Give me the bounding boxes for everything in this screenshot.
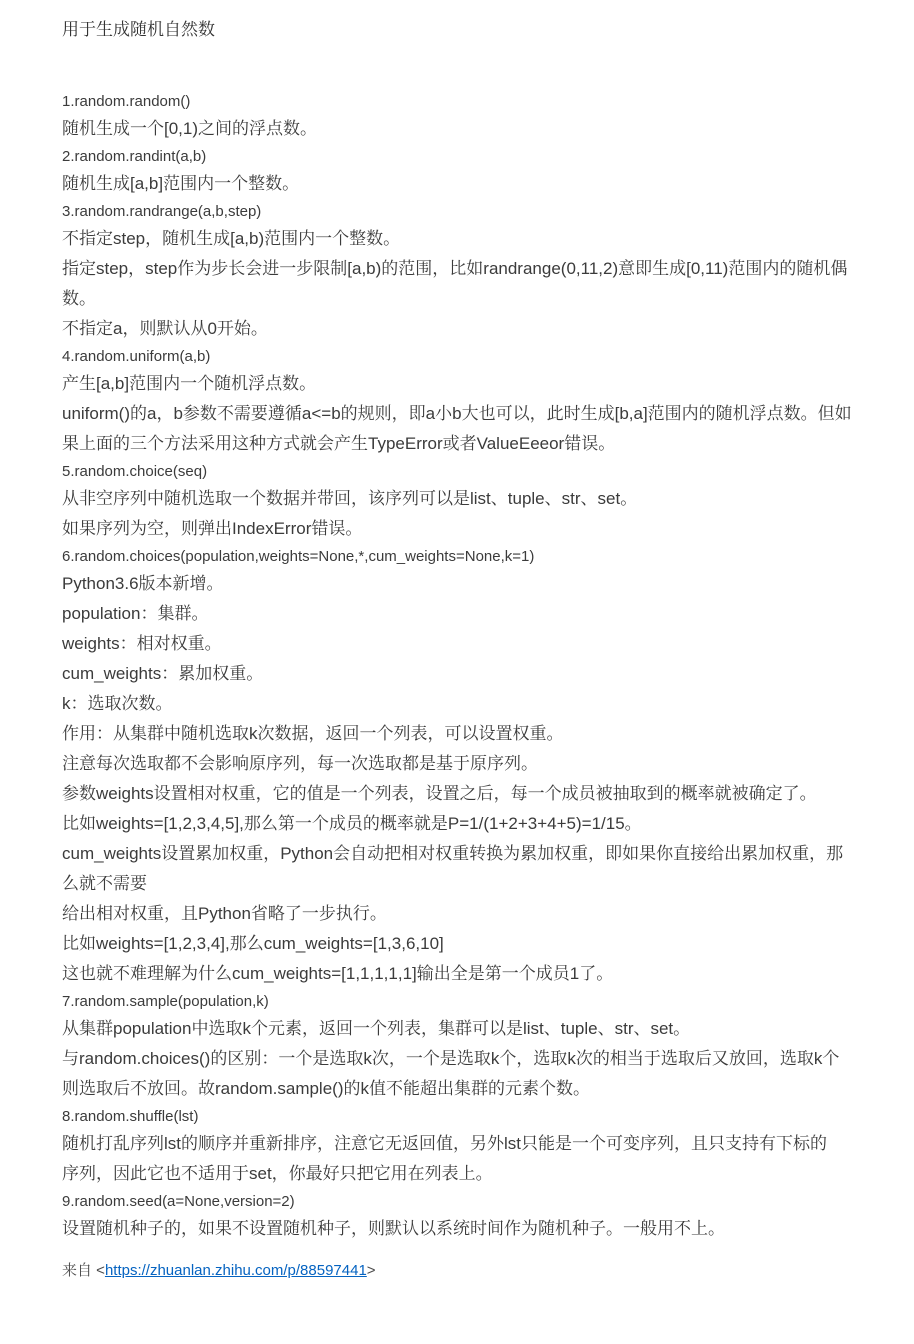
doc-line-code: 6.random.choices(population,weights=None…: [62, 544, 894, 569]
doc-line-text: 不指定a，则默认从0开始。: [62, 314, 894, 344]
source-suffix: >: [367, 1262, 376, 1279]
doc-line-code: 2.random.randint(a,b): [62, 144, 894, 169]
doc-line-text: 比如weights=[1,2,3,4,5],那么第一个成员的概率就是P=1/(1…: [62, 809, 894, 839]
doc-line-code: 1.random.random(): [62, 89, 894, 114]
doc-line-text: weights：相对权重。: [62, 629, 894, 659]
doc-line-text: 序列，因此它也不适用于set，你最好只把它用在列表上。: [62, 1159, 894, 1189]
doc-line-text: 则选取后不放回。故random.sample()的k值不能超出集群的元素个数。: [62, 1074, 894, 1104]
doc-line-text: 与random.choices()的区别：一个是选取k次，一个是选取k个，选取k…: [62, 1044, 894, 1074]
doc-line-text: 随机生成一个[0,1)之间的浮点数。: [62, 114, 894, 144]
doc-line-text: 指定step，step作为步长会进一步限制[a,b)的范围，比如randrang…: [62, 254, 894, 284]
doc-line-text: 从集群population中选取k个元素，返回一个列表，集群可以是list、tu…: [62, 1014, 894, 1044]
doc-line-code: 8.random.shuffle(lst): [62, 1104, 894, 1129]
document-page: 用于生成随机自然数 1.random.random()随机生成一个[0,1)之间…: [0, 0, 914, 1344]
doc-line-text: 注意每次选取都不会影响原序列，每一次选取都是基于原序列。: [62, 749, 894, 779]
doc-line-text: uniform()的a，b参数不需要遵循a<=b的规则，即a小b大也可以，此时生…: [62, 399, 894, 429]
doc-line-code: 7.random.sample(population,k): [62, 989, 894, 1014]
source-link[interactable]: https://zhuanlan.zhihu.com/p/88597441: [105, 1262, 367, 1279]
doc-line-text: cum_weights设置累加权重，Python会自动把相对权重转换为累加权重，…: [62, 839, 894, 869]
doc-line-text: 从非空序列中随机选取一个数据并带回，该序列可以是list、tuple、str、s…: [62, 484, 894, 514]
doc-line-code: 4.random.uniform(a,b): [62, 344, 894, 369]
doc-line-text: 不指定step，随机生成[a,b)范围内一个整数。: [62, 224, 894, 254]
doc-line-text: 如果序列为空，则弹出IndexError错误。: [62, 514, 894, 544]
doc-line-text: 参数weights设置相对权重，它的值是一个列表，设置之后，每一个成员被抽取到的…: [62, 779, 894, 809]
doc-line-text: 果上面的三个方法采用这种方式就会产生TypeError或者ValueEeeor错…: [62, 429, 894, 459]
doc-line-text: k：选取次数。: [62, 689, 894, 719]
doc-line-text: Python3.6版本新增。: [62, 569, 894, 599]
doc-line-text: 这也就不难理解为什么cum_weights=[1,1,1,1,1]输出全是第一个…: [62, 959, 894, 989]
doc-line-text: 作用：从集群中随机选取k次数据，返回一个列表，可以设置权重。: [62, 719, 894, 749]
doc-line-text: 么就不需要: [62, 869, 894, 899]
doc-line-text: cum_weights：累加权重。: [62, 659, 894, 689]
doc-line-text: 产生[a,b]范围内一个随机浮点数。: [62, 369, 894, 399]
content-lines: 1.random.random()随机生成一个[0,1)之间的浮点数。2.ran…: [62, 89, 894, 1244]
doc-line-code: 3.random.randrange(a,b,step): [62, 199, 894, 224]
source-line: 来自 <https://zhuanlan.zhihu.com/p/8859744…: [62, 1260, 894, 1282]
doc-line-text: 设置随机种子的，如果不设置随机种子，则默认以系统时间作为随机种子。一般用不上。: [62, 1214, 894, 1244]
doc-line-code: 5.random.choice(seq): [62, 459, 894, 484]
page-title: 用于生成随机自然数: [62, 18, 894, 42]
doc-line-text: population：集群。: [62, 599, 894, 629]
doc-line-code: 9.random.seed(a=None,version=2): [62, 1189, 894, 1214]
doc-line-text: 给出相对权重，且Python省略了一步执行。: [62, 899, 894, 929]
doc-line-text: 随机生成[a,b]范围内一个整数。: [62, 169, 894, 199]
doc-line-text: 数。: [62, 284, 894, 314]
source-prefix: 来自 <: [62, 1262, 105, 1279]
doc-line-text: 随机打乱序列lst的顺序并重新排序，注意它无返回值，另外lst只能是一个可变序列…: [62, 1129, 894, 1159]
doc-line-text: 比如weights=[1,2,3,4],那么cum_weights=[1,3,6…: [62, 929, 894, 959]
